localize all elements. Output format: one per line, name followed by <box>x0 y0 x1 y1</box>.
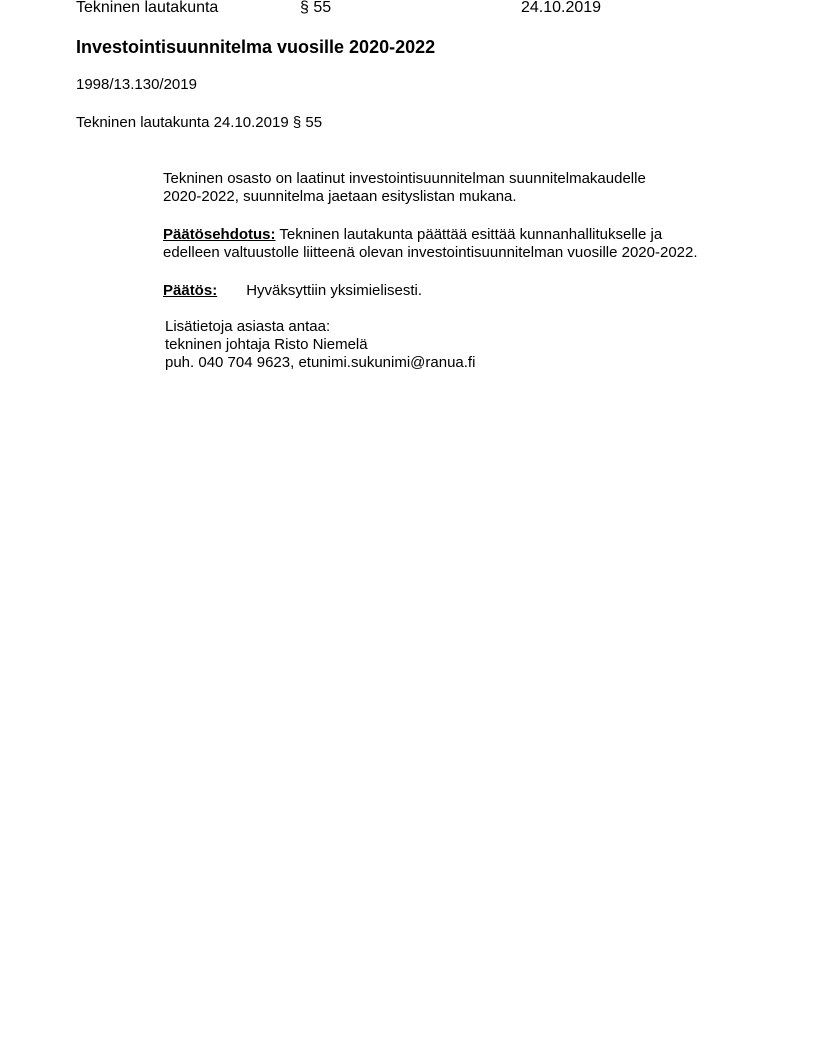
contact-line: Lisätietoja asiasta antaa: <box>165 318 475 336</box>
proposal-label: Päätösehdotus: <box>163 226 276 243</box>
decision-text: Hyväksyttiin yksimielisesti. <box>246 282 422 300</box>
contact-line: tekninen johtaja Risto Niemelä <box>165 336 475 354</box>
diary-number: 1998/13.130/2019 <box>76 76 197 94</box>
intro-paragraph: Tekninen osasto on laatinut investointis… <box>163 170 646 206</box>
header-board-name: Tekninen lautakunta <box>76 0 218 17</box>
decision-label: Päätös: <box>163 282 217 299</box>
header-section-number: § 55 <box>300 0 331 17</box>
intro-line: Tekninen osasto on laatinut investointis… <box>163 170 646 188</box>
document-title: Investointisuunnitelma vuosille 2020-202… <box>76 37 435 58</box>
proposal-line-1: Päätösehdotus: Tekninen lautakunta päätt… <box>163 226 698 244</box>
contact-line: puh. 040 704 9623, etunimi.sukunimi@ranu… <box>165 354 475 372</box>
decision-paragraph: Päätös:Hyväksyttiin yksimielisesti. <box>163 282 422 300</box>
header-date: 24.10.2019 <box>521 0 601 17</box>
proposal-paragraph: Päätösehdotus: Tekninen lautakunta päätt… <box>163 226 698 262</box>
meeting-reference: Tekninen lautakunta 24.10.2019 § 55 <box>76 114 322 132</box>
intro-line: 2020-2022, suunnitelma jaetaan esityslis… <box>163 188 646 206</box>
proposal-text: Tekninen lautakunta päättää esittää kunn… <box>276 226 663 243</box>
proposal-line-2: edelleen valtuustolle liitteenä olevan i… <box>163 244 698 262</box>
contact-info: Lisätietoja asiasta antaa: tekninen joht… <box>165 318 475 372</box>
